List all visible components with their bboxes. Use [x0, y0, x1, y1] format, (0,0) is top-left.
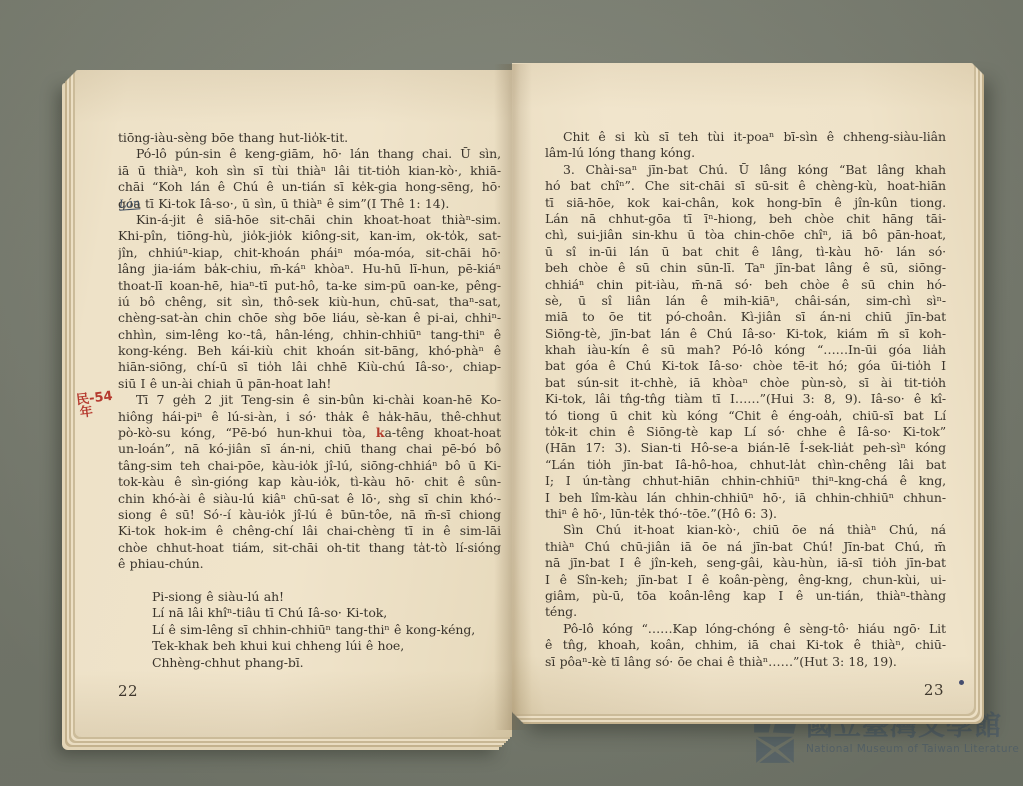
text-line: lâm-lú lóng thang kóng. — [545, 145, 946, 161]
text-line: ê tn̂g, khoah, koân, chhim, iā chai Ki-t… — [545, 637, 946, 653]
text-line: chhiáⁿ chin pit-iàu, m̄-nā só· beh chòe … — [545, 277, 946, 293]
text-line: hó bat chîⁿ”. Che sit-chāi sī sū-sit ê c… — [545, 178, 946, 194]
text-line: Chit ê si kù sī teh tùi it-poaⁿ bī-sìn ê… — [545, 129, 946, 145]
text-line: Tek-khak beh khui kui chheng lúi ê hoe, — [118, 638, 501, 654]
page-number-left: 22 — [118, 682, 501, 700]
text-line: tó tiong ū chit kù kóng “Chit ê éng-oa̍h… — [545, 408, 946, 424]
text-line: tâng-sim teh chai-pōe, kàu-io̍k jî-lú, s… — [118, 458, 501, 474]
text-line: pò-kò-su kóng, “Pē-bó hun-khui tòa, ka-t… — [118, 425, 501, 441]
text-line: hiān-siōng, chí-ū sī tio̍h lâi chhē Kiù-… — [118, 359, 501, 375]
text-line: hiông hái-piⁿ ê lú-si-àn, i só· tha̍k ê … — [118, 409, 501, 425]
text-line: Lán nā chhut-gōa tī īⁿ-hiong, beh chòe c… — [545, 211, 946, 227]
text-line: Pó-lô pún-sin ê keng-giām, hō· lán thang… — [118, 146, 501, 162]
handwritten-ink-annotation: Lan — [119, 197, 141, 210]
text-line: siong ê sū! Só·-í kàu-io̍k jî-lú ê būn-t… — [118, 507, 501, 523]
text-line: chòe chhut-hoat tiám, sit-chāi oh-tit th… — [118, 540, 501, 556]
text-line: to̍k-it chin ê Siōng-tè kap Lí só· chhe … — [545, 424, 946, 440]
text-line: tī siā-hōe, kok kai-chân, kok hong-bīn ê… — [545, 195, 946, 211]
text-line — [118, 573, 501, 589]
ink-dot — [959, 680, 964, 685]
page-number-right: 23 — [545, 681, 946, 699]
text-line: “Lán tio̍h jīn-bat Iâ-hô-hoa, chhut-la̍t… — [545, 457, 946, 473]
text-line: iā ū thiàⁿ, koh sìn sī tùi thiàⁿ lâi tit… — [118, 163, 501, 179]
text-line: Lí ê sim-lêng sī chhin-chhiūⁿ tang-thiⁿ … — [118, 622, 501, 638]
text-line: chèng-sat-àn chin chōe sǹg bōe liáu, sè-… — [118, 310, 501, 326]
text-line: I beh lîm-kàu lán chhin-chhiūⁿ hō·, iā c… — [545, 490, 946, 506]
right-page-text: Chit ê si kù sī teh tùi it-poaⁿ bī-sìn ê… — [545, 129, 946, 709]
text-line: chì, sui-jiân sin-khu ū tòa chin-chōe ch… — [545, 227, 946, 243]
text-line: kong-kéng. Beh kái-kiù chit khoán sit-bā… — [118, 343, 501, 359]
text-line: ê phiau-chún. — [118, 556, 501, 572]
text-line: I ê Sîn-keh; jīn-bat I ê koân-pèng, êng-… — [545, 572, 946, 588]
text-line: Sìn Chú it-hoat kian-kò·, chiū ōe ná thi… — [545, 522, 946, 538]
right-page-lines: Chit ê si kù sī teh tùi it-poaⁿ bī-sìn ê… — [545, 129, 946, 670]
text-line: iú bô chêng, sit sìn, thô-sek kiù-hun, c… — [118, 294, 501, 310]
text-line: Chhèng-chhut phang-bī. — [118, 655, 501, 671]
text-line: chin khó-ài ê siàu-lú kiâⁿ chū-sat ê lō·… — [118, 491, 501, 507]
text-line: (Hān 17: 3). Sian-ti Hô-se-a bián-lē Í-s… — [545, 440, 946, 456]
text-line: téng. — [545, 604, 946, 620]
text-line: thiàⁿ Chú chū-jiân iā ōe ná jīn-bat Chú!… — [545, 539, 946, 555]
open-book: 民-54 年 Lan tiōng-iàu-sèng bōe thang hut-… — [0, 0, 1023, 786]
text-line: siū I ê un-ài chiah ū pān-hoat lah! — [118, 376, 501, 392]
text-line: Ki-tok, lâi tn̂g-tn̂g tiàm tī I……”(Hui 3… — [545, 391, 946, 407]
text-line: beh chòe ê sū chin sūn-lī. Taⁿ jīn-bat l… — [545, 260, 946, 276]
text-line: ū sî in-ūi lán ū bat chit ê lâng, tì-kàu… — [545, 244, 946, 260]
left-page-text: tiōng-iàu-sèng bōe thang hut-lio̍k-tit.P… — [118, 130, 501, 730]
text-line: un-loán”, nā kó-jiân sī án-ni, chiū than… — [118, 441, 501, 457]
text-line: lâng jia-iám ba̍k-chiu, m̄-káⁿ khòaⁿ. Hu… — [118, 261, 501, 277]
book-page-left: 民-54 年 Lan tiōng-iàu-sèng bōe thang hut-… — [75, 70, 512, 737]
text-line: tiōng-iàu-sèng bōe thang hut-lio̍k-tit. — [118, 130, 501, 146]
text-line: sī pôaⁿ-kè tī lâng só· ōe chai ê thiàⁿ……… — [545, 654, 946, 670]
text-line: tok-kàu ê sìn-gióng kap kàu-io̍k, tì-kàu… — [118, 474, 501, 490]
text-line: nā jīn-bat I ê jîn-keh, seng-gâi, kàu-hù… — [545, 555, 946, 571]
text-line: bat sún-sit it-chhè, iā khòaⁿ chòe pùn-s… — [545, 375, 946, 391]
text-line: giâm, pù-ū, tōa koân-lêng kap I ê un-tiá… — [545, 588, 946, 604]
text-line: Siōng-tè, jīn-bat lán ê Chú Iâ-so· Ki-to… — [545, 326, 946, 342]
red-margin-annotation: 民-54 年 — [76, 390, 115, 420]
book-page-right: Chit ê si kù sī teh tùi it-poaⁿ bī-sìn ê… — [512, 63, 974, 714]
text-line: chhìn, sim-lêng ko·-tâ, hân-léng, chhin-… — [118, 327, 501, 343]
text-line: sè, ū sî liân lán ê mih-kiāⁿ, châi-sán, … — [545, 293, 946, 309]
text-line: Lí nā lâi khîⁿ-tiâu tī Chú Iâ-so· Ki-tok… — [118, 605, 501, 621]
text-line: Kin-á-jit ê siā-hōe sit-chāi chin khoat-… — [118, 212, 501, 228]
text-line: Ki-tok hok-im ê chêng-chí lâi chai-chèng… — [118, 523, 501, 539]
text-line: Khi-pîn, tiōng-hù, jio̍k-jio̍k kiông-sit… — [118, 228, 501, 244]
text-line: bat góa ê Chú Ki-tok Iâ-so· chòe tē-it h… — [545, 358, 946, 374]
left-page-lines: tiōng-iàu-sèng bōe thang hut-lio̍k-tit.P… — [118, 130, 501, 671]
text-line: góa tī Ki-tok Iâ-so·, ū sìn, ū thiàⁿ ê s… — [118, 196, 501, 212]
text-line: thoat-lī koan-hē, hiaⁿ-tī put-hô, ta-ke … — [118, 278, 501, 294]
text-line: Pi-siong ê siàu-lú ah! — [118, 589, 501, 605]
text-line: Pô-lô kóng “……Kap lóng-chóng ê sèng-tô· … — [545, 621, 946, 637]
text-line: Tī 7 ge̍h 2 jit Teng-sin ê sin-bûn ki-ch… — [118, 392, 501, 408]
text-line: chāi “Koh lán ê Chú ê un-tián sī ke̍k-gi… — [118, 179, 501, 195]
text-line: khah iàu-kín ê sū mah? Pó-lô kóng “……In-… — [545, 342, 946, 358]
text-line: miā to ōe tit pó-choân. Kì-jiân sī án-ni… — [545, 309, 946, 325]
text-line: thiⁿ ê hō·, lūn-te̍k thó·-tōe.”(Hô 6: 3)… — [545, 506, 946, 522]
text-line: 3. Chài-saⁿ jīn-bat Chú. Ū lâng kóng “Ba… — [545, 162, 946, 178]
text-line: jîn, chhiúⁿ-kiap, chit-khoán pháiⁿ móa-m… — [118, 245, 501, 261]
text-line: I; I ún-tàng chhut-hiān chhin-chhiūⁿ thi… — [545, 473, 946, 489]
scanned-book-photo: { "colors":{ "background":"#7e8275", "pa… — [0, 0, 1023, 786]
